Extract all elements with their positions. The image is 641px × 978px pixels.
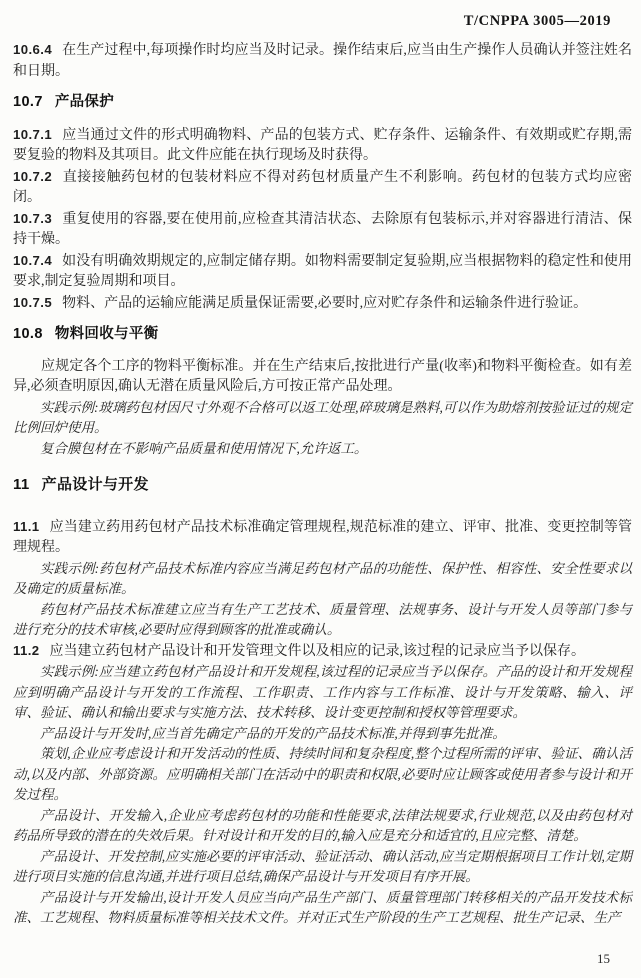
example-paragraph-10: 复合膜包材在不影响产品质量和使用情况下,允许返工。 xyxy=(13,439,632,460)
clause-number: 10.8 xyxy=(13,326,43,342)
clause-number: 10.7.3 xyxy=(13,211,52,226)
paragraph-text: 实践示例:应当建立药包材产品设计和开发规程,该过程的记录应当予以保存。产品的设计… xyxy=(13,664,632,720)
clause-number: 10.7.1 xyxy=(13,127,52,142)
section-heading-10.7: 10.7产品保护 xyxy=(13,92,632,113)
example-paragraph-19: 产品设计、开发输入,企业应考虑药包材的功能和性能要求,法律法规要求,行业规范,以… xyxy=(13,806,632,847)
example-paragraph-9: 实践示例:玻璃药包材因尺寸外观不合格可以返工处理,碎玻璃是熟料,可以作为助熔剂按… xyxy=(13,398,632,439)
example-paragraph-14: 药包材产品技术标准建立应当有生产工艺技术、质量管理、法规事务、设计与开发人员等部… xyxy=(13,600,632,641)
example-paragraph-20: 产品设计、开发控制,应实施必要的评审活动、验证活动、确认活动,应当定期根据项目工… xyxy=(13,847,632,888)
paragraph-text: 直接接触药包材的包装材料应不得对药包材质量产生不利影响。药包材的包装方式均应密闭… xyxy=(13,170,632,206)
clause-number: 10.7.5 xyxy=(13,295,52,310)
paragraph-text: 物料、产品的运输应能满足质量保证需要,必要时,应对贮存条件和运输条件进行验证。 xyxy=(62,296,587,311)
clause-number: 10.7.2 xyxy=(13,169,52,184)
paragraph-text: 如没有明确效期规定的,应制定储存期。如物料需要制定复验期,应当根据物料的稳定性和… xyxy=(13,254,632,290)
clause-11.2: 11.2应当建立药包材产品设计和开发管理文件以及相应的记录,该过程的记录应当予以… xyxy=(13,641,632,663)
body-paragraph-8: 应规定各个工序的物料平衡标准。并在生产结束后,按批进行产量(收率)和物料平衡检查… xyxy=(13,357,632,398)
clause-10.6.4: 10.6.4在生产过程中,每项操作时均应当及时记录。操作结束后,应当由生产操作人… xyxy=(13,40,632,82)
section-heading-11: 11产品设计与开发 xyxy=(13,475,632,496)
paragraph-text: 物料回收与平衡 xyxy=(55,326,159,342)
paragraph-text: 应当通过文件的形式明确物料、产品的包装方式、贮存条件、运输条件、有效期或贮存期,… xyxy=(13,128,632,164)
clause-number: 11.1 xyxy=(13,519,40,534)
paragraph-text: 复合膜包材在不影响产品质量和使用情况下,允许返工。 xyxy=(40,441,367,456)
paragraph-text: 药包材产品技术标准建立应当有生产工艺技术、质量管理、法规事务、设计与开发人员等部… xyxy=(13,602,632,638)
paragraph-text: 产品设计与开发输出,设计开发人员应当向产品生产部门、质量管理部门转移相关的产品开… xyxy=(13,890,632,926)
example-paragraph-17: 产品设计与开发时,应当首先确定产品的开发的产品技术标准,并得到事先批准。 xyxy=(13,724,632,745)
paragraph-text: 实践示例:玻璃药包材因尺寸外观不合格可以返工处理,碎玻璃是熟料,可以作为助熔剂按… xyxy=(13,400,632,436)
clause-11.1: 11.1应当建立药用药包材产品技术标准确定管理规程,规范标准的建立、评审、批准、… xyxy=(13,517,632,559)
paragraph-text: 产品设计与开发 xyxy=(42,476,149,493)
clause-number: 11 xyxy=(13,476,30,493)
clause-10.7.5: 10.7.5物料、产品的运输应能满足质量保证需要,必要时,应对贮存条件和运输条件… xyxy=(13,293,632,315)
paragraph-text: 产品设计、开发控制,应实施必要的评审活动、验证活动、确认活动,应当定期根据项目工… xyxy=(13,849,632,885)
paragraph-text: 在生产过程中,每项操作时均应当及时记录。操作结束后,应当由生产操作人员确认并签注… xyxy=(13,43,632,79)
clause-number: 11.2 xyxy=(13,643,40,658)
paragraph-text: 产品保护 xyxy=(55,94,114,110)
paragraph-text: 重复使用的容器,要在使用前,应检查其清洁状态、去除原有包装标示,并对容器进行清洁… xyxy=(13,212,632,248)
clause-10.7.1: 10.7.1应当通过文件的形式明确物料、产品的包装方式、贮存条件、运输条件、有效… xyxy=(13,125,632,167)
clause-10.7.2: 10.7.2直接接触药包材的包装材料应不得对药包材质量产生不利影响。药包材的包装… xyxy=(13,167,632,209)
paragraph-text: 实践示例:药包材产品技术标准内容应当满足药包材产品的功能性、保护性、相容性、安全… xyxy=(13,561,632,597)
paragraph-text: 策划,企业应考虑设计和开发活动的性质、持续时间和复杂程度,整个过程所需的评审、验… xyxy=(13,746,632,802)
clause-number: 10.6.4 xyxy=(13,42,52,57)
paragraph-text: 应当建立药用药包材产品技术标准确定管理规程,规范标准的建立、评审、批准、变更控制… xyxy=(13,520,632,556)
document-page: T/CNPPA 3005—2019 10.6.4在生产过程中,每项操作时均应当及… xyxy=(0,0,641,978)
paragraph-text: 产品设计、开发输入,企业应考虑药包材的功能和性能要求,法律法规要求,行业规范,以… xyxy=(13,808,632,844)
example-paragraph-16: 实践示例:应当建立药包材产品设计和开发规程,该过程的记录应当予以保存。产品的设计… xyxy=(13,662,632,724)
document-body: 10.6.4在生产过程中,每项操作时均应当及时记录。操作结束后,应当由生产操作人… xyxy=(13,40,632,929)
clause-10.7.3: 10.7.3重复使用的容器,要在使用前,应检查其清洁状态、去除原有包装标示,并对… xyxy=(13,209,632,251)
paragraph-text: 产品设计与开发时,应当首先确定产品的开发的产品技术标准,并得到事先批准。 xyxy=(40,726,506,741)
example-paragraph-18: 策划,企业应考虑设计和开发活动的性质、持续时间和复杂程度,整个过程所需的评审、验… xyxy=(13,744,632,806)
example-paragraph-21: 产品设计与开发输出,设计开发人员应当向产品生产部门、质量管理部门转移相关的产品开… xyxy=(13,888,632,929)
standard-number-header: T/CNPPA 3005—2019 xyxy=(464,13,611,30)
clause-number: 10.7.4 xyxy=(13,253,52,268)
clause-number: 10.7 xyxy=(13,94,43,110)
page-number: 15 xyxy=(597,951,610,967)
clause-10.7.4: 10.7.4如没有明确效期规定的,应制定储存期。如物料需要制定复验期,应当根据物… xyxy=(13,251,632,293)
example-paragraph-13: 实践示例:药包材产品技术标准内容应当满足药包材产品的功能性、保护性、相容性、安全… xyxy=(13,559,632,600)
paragraph-text: 应规定各个工序的物料平衡标准。并在生产结束后,按批进行产量(收率)和物料平衡检查… xyxy=(13,359,632,395)
paragraph-text: 应当建立药包材产品设计和开发管理文件以及相应的记录,该过程的记录应当予以保存。 xyxy=(50,644,586,659)
section-heading-10.8: 10.8物料回收与平衡 xyxy=(13,324,632,345)
